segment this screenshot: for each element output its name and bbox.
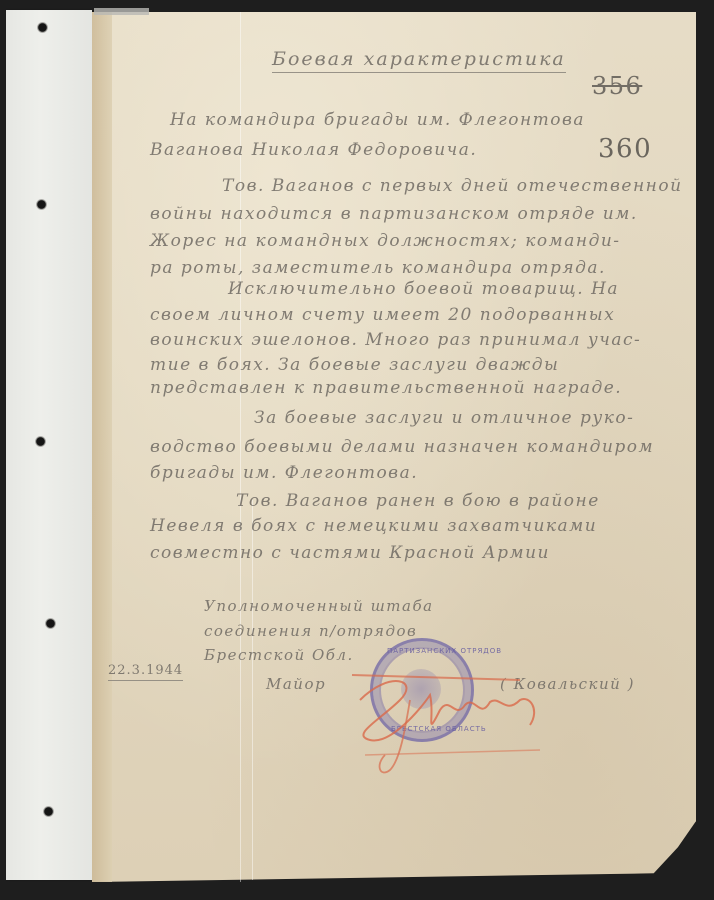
body-line: На командира бригады им. Флегонтова — [170, 110, 585, 130]
body-line: воинских эшелонов. Много раз принимал уч… — [150, 330, 641, 350]
red-signature-icon — [330, 640, 550, 780]
signatory-title-line: соединения п/отрядов — [204, 622, 417, 640]
document-date: 22.3.1944 — [108, 663, 183, 681]
body-line: За боевые заслуги и отличное руко- — [254, 408, 634, 428]
body-line: совместно с частями Красной Армии — [150, 543, 550, 563]
archive-number: 360 — [598, 134, 652, 164]
body-line: Ваганова Николая Федоровича. — [150, 140, 477, 160]
body-line: бригады им. Флегонтова. — [150, 463, 418, 483]
body-line: своем личном счету имеет 20 подорванных — [150, 305, 615, 325]
punch-hole-icon — [43, 806, 54, 817]
body-line: Исключительно боевой товарищ. На — [228, 279, 619, 299]
binding-strip — [6, 10, 92, 880]
body-line: Тов. Ваганов ранен в бою в районе — [236, 491, 600, 511]
signatory-title-line: Уполномоченный штаба — [204, 597, 434, 615]
body-line: представлен к правительственной награде. — [150, 378, 622, 398]
body-line: Жорес на командных должностях; команди- — [150, 231, 621, 251]
punch-hole-icon — [36, 199, 47, 210]
body-line: Тов. Ваганов с первых дней отечественной — [222, 176, 683, 196]
signatory-rank: Майор — [266, 675, 326, 693]
page-edge-fold — [92, 12, 112, 882]
body-line: тие в боях. За боевые заслуги дважды — [150, 355, 559, 375]
archive-number-crossed: 356 — [592, 72, 642, 100]
punch-hole-icon — [35, 436, 46, 447]
body-line: водство боевыми делами назначен командир… — [150, 437, 654, 457]
punch-hole-icon — [37, 22, 48, 33]
body-line: ра роты, заместитель командира отряда. — [150, 258, 606, 278]
body-line: Невеля в боях с немецкими захватчиками — [150, 516, 597, 536]
tape-strip — [94, 8, 149, 15]
body-line: войны находится в партизанском отряде им… — [150, 204, 638, 224]
document-title: Боевая характеристика — [272, 48, 566, 73]
punch-hole-icon — [45, 618, 56, 629]
